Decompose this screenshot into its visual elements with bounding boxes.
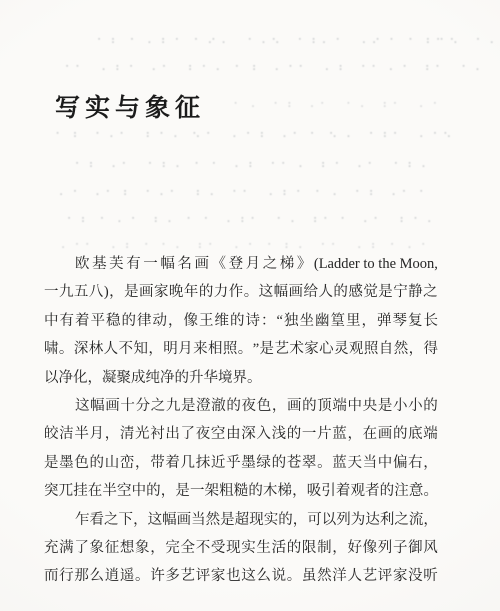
text-line: 这幅画十分之九是澄澈的夜色，画的顶端中央是小小的 <box>44 392 438 420</box>
text-line: 啸。深林人不知，明月来相照。”是艺术家心灵观照自然，得 <box>44 335 438 363</box>
bleedthrough-row: ⠔⠂⠄ ⠐⠆⠂ ⠄⠔ ⠂⠐⠄ ⠆⠂⠄ ⠐⠔ ⠄⠂⠆ ⠐⠄⠂ ⠆⠐ <box>50 127 451 141</box>
text-line: 一九五八)，是画家晚年的力作。这幅画给人的感觉是宁静之 <box>44 278 438 306</box>
body-text: 欧基芙有一幅名画《登月之梯》(Ladder to the Moon, 一九五八)… <box>44 250 438 591</box>
bleedthrough-row: ⠂⠐⠄ ⠆⠂ ⠄⠐ ⠂⠆⠄ ⠐⠂ ⠄⠆ ⠐⠄⠂ ⠆⠐⠄ ⠂⠄ <box>50 185 424 199</box>
text-line: 皎洁半月，清光衬出了夜空由深入浅的一片蓝，在画的底端 <box>44 420 438 448</box>
text-line: 以净化，凝聚成纯净的升华境界。 <box>44 364 438 392</box>
text-line: 中有着平稳的律动，像王维的诗：“独坐幽篁里，弹琴复长 <box>44 307 438 335</box>
text-line: 欧基芙有一幅名画《登月之梯》(Ladder to the Moon, <box>44 250 438 278</box>
bleedthrough-row: ⠄⠂⠆ ⠐⠄ ⠂⠐⠆ ⠄⠂ ⠐⠆⠄ ⠂⠐ ⠄⠆ ⠂⠄⠐ ⠆⠂ <box>58 212 432 226</box>
text-line: 而行那么逍遥。许多艺评家也这么说。虽然洋人艺评家没听 <box>44 562 438 590</box>
bleedthrough-row: ⠄⠆⠂ ⠐⠄ ⠂⠆ ⠄⠐⠂ ⠆⠄ ⠂⠐ ⠄⠆⠂ ⠐⠄ ⠆⠂ <box>66 157 426 171</box>
bleedthrough-row: ⠄⠂ ⠐⠆ ⠂⠄⠐⠂ ⠆⠄ ⠐⠂⠄ ⠆⠐ ⠄⠂⠆ ⠐⠄ ⠂⠆⠄ ⠐⠂ <box>56 60 480 74</box>
bleedthrough-row: ⠢⠄⠂ ⠔⠒⠆⠐ ⠂⠢⠄ ⠐⠠⠆⠂ ⠔⠄⠂ ⠠⠢⠐ ⠂⠆⠄⠐ ⠆⠂ <box>88 33 500 47</box>
text-line: 突兀挂在半空中的，是一架粗糙的木梯，吸引着观者的注意。 <box>44 477 438 505</box>
text-line: 是墨色的山峦，带着几抹近乎墨绿的苍翠。蓝天当中偏右， <box>44 449 438 477</box>
bleedthrough-row: ⠂⠄ ⠐⠆ ⠄⠂ ⠐⠄ ⠆⠂ ⠄⠐ <box>228 97 438 111</box>
text-line: 充满了象征想象，完全不受现实生活的限制，好像列子御风 <box>44 534 438 562</box>
text-line: 乍看之下，这幅画当然是超现实的，可以列为达利之流， <box>44 506 438 534</box>
page-title: 写实与象征 <box>55 88 205 124</box>
scanned-book-page: ⠢⠄⠂ ⠔⠒⠆⠐ ⠂⠢⠄ ⠐⠠⠆⠂ ⠔⠄⠂ ⠠⠢⠐ ⠂⠆⠄⠐ ⠆⠂ ⠄⠂ ⠐⠆ … <box>0 0 500 611</box>
